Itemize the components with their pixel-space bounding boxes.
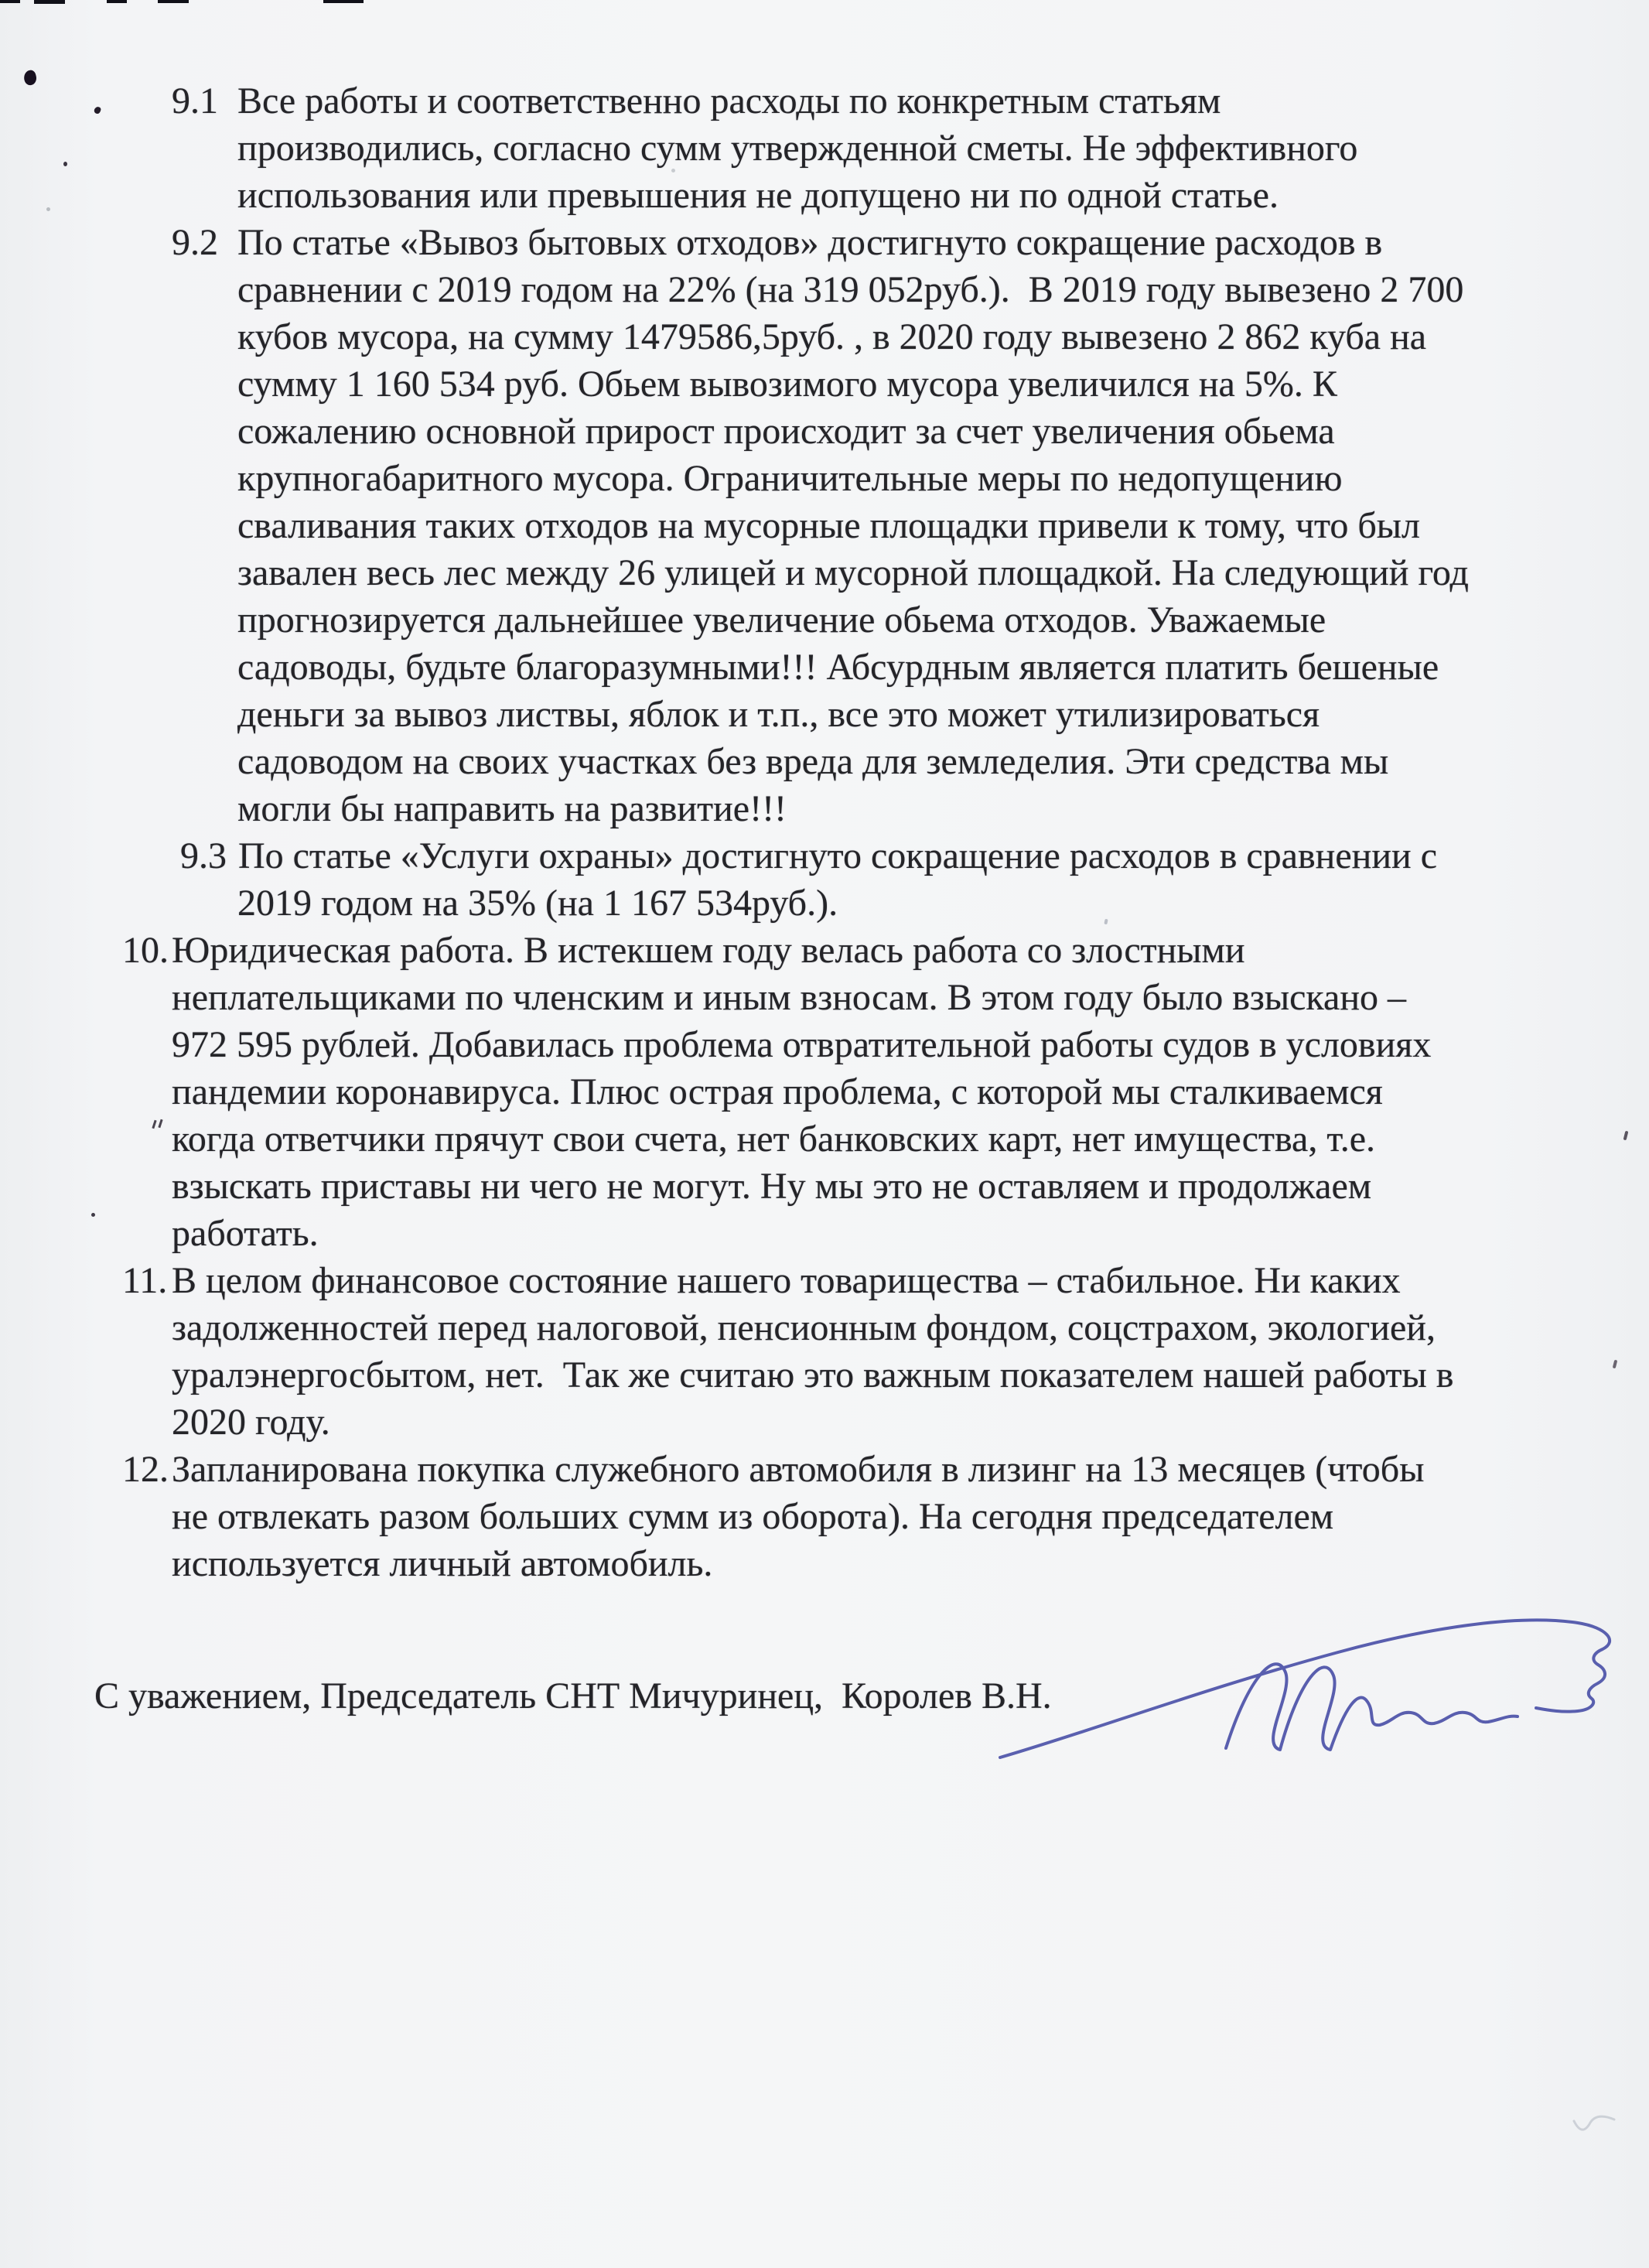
line: прогнозируется дальнейшее увеличение обь… — [0, 596, 1649, 644]
list-item-9-1: 9.1Все работы и соответственно расходы п… — [0, 77, 1649, 125]
line-text: завален весь лес между 26 улицей и мусор… — [237, 552, 1469, 593]
list-item-9-3: 9.3По статье «Услуги охраны» достигнуто … — [0, 832, 1649, 880]
line-text: В целом финансовое состояние нашего това… — [172, 1260, 1401, 1301]
line-text: садоводом на своих участках без вреда дл… — [237, 741, 1388, 782]
item-number: 10. — [122, 927, 172, 974]
line: производились, согласно сумм утвержденно… — [0, 125, 1649, 172]
line: используется личный автомобиль. — [0, 1540, 1649, 1587]
line: кубов мусора, на сумму 1479586,5руб. , в… — [0, 313, 1649, 360]
line-text: сваливания таких отходов на мусорные пло… — [237, 505, 1420, 546]
line-text: использования или превышения не допущено… — [237, 175, 1279, 216]
line-text: Все работы и соответственно расходы по к… — [237, 80, 1221, 121]
line-text: 2019 годом на 35% (на 1 167 534руб.). — [237, 883, 838, 924]
list-item-10: 10.Юридическая работа. В истекшем году в… — [0, 927, 1649, 974]
line-text: По статье «Услуги охраны» достигнуто сок… — [238, 835, 1437, 876]
line: 2019 годом на 35% (на 1 167 534руб.). — [0, 880, 1649, 927]
line-text: когда ответчики прячут свои счета, нет б… — [172, 1119, 1375, 1160]
line-text: садоводы, будьте благоразумными!!! Абсур… — [237, 647, 1439, 688]
list-item-12: 12.Запланирована покупка служебного авто… — [0, 1446, 1649, 1493]
line-text: неплательщиками по членским и иным взнос… — [172, 977, 1406, 1018]
line-text: прогнозируется дальнейшее увеличение обь… — [237, 599, 1326, 640]
list-item-9-2: 9.2По статье «Вывоз бытовых отходов» дос… — [0, 219, 1649, 266]
line: могли бы направить на развитие!!! — [0, 785, 1649, 832]
line: крупногабаритного мусора. Ограничительны… — [0, 455, 1649, 502]
line-text: не отвлекать разом больших сумм из оборо… — [172, 1496, 1333, 1537]
line-text: пандемии коронавируса. Плюс острая пробл… — [172, 1071, 1383, 1112]
line: использования или превышения не допущено… — [0, 172, 1649, 219]
line: деньги за вывоз листвы, яблок и т.п., вс… — [0, 691, 1649, 738]
item-number: 9.2 — [172, 219, 237, 266]
line-text: уралэнергосбытом, нет. Так же считаю это… — [172, 1354, 1453, 1395]
line: завален весь лес между 26 улицей и мусор… — [0, 549, 1649, 596]
line-text: Юридическая работа. В истекшем году вела… — [172, 930, 1245, 971]
line: садоводом на своих участках без вреда дл… — [0, 738, 1649, 785]
line-text: 2020 году. — [172, 1402, 330, 1443]
line: 972 595 рублей. Добавилась проблема отвр… — [0, 1021, 1649, 1068]
line: садоводы, будьте благоразумными!!! Абсур… — [0, 644, 1649, 691]
line-text: деньги за вывоз листвы, яблок и т.п., вс… — [237, 694, 1320, 735]
line: неплательщиками по членским и иным взнос… — [0, 974, 1649, 1021]
line-text: 972 595 рублей. Добавилась проблема отвр… — [172, 1024, 1431, 1065]
line-text: сумму 1 160 534 руб. Обьем вывозимого му… — [237, 364, 1337, 405]
item-number: 12. — [122, 1446, 172, 1493]
line-text: сожалению основной прирост происходит за… — [237, 411, 1335, 452]
line: 2020 году. — [0, 1399, 1649, 1446]
item-number: 9.3 — [180, 832, 238, 880]
line: сожалению основной прирост происходит за… — [0, 408, 1649, 455]
line-text: кубов мусора, на сумму 1479586,5руб. , в… — [237, 316, 1426, 357]
faint-scan-mark — [1570, 2107, 1624, 2141]
line-text: производились, согласно сумм утвержденно… — [237, 128, 1357, 169]
document-body: 9.1Все работы и соответственно расходы п… — [0, 0, 1649, 1720]
line: взыскать приставы ни чего не могут. Ну м… — [0, 1163, 1649, 1210]
line: работать. — [0, 1210, 1649, 1257]
line-text: сравнении с 2019 годом на 22% (на 319 05… — [237, 269, 1463, 310]
line: сумму 1 160 534 руб. Обьем вывозимого му… — [0, 360, 1649, 408]
line: уралэнергосбытом, нет. Так же считаю это… — [0, 1351, 1649, 1399]
line: когда ответчики прячут свои счета, нет б… — [0, 1115, 1649, 1163]
line: сравнении с 2019 годом на 22% (на 319 05… — [0, 266, 1649, 313]
line: сваливания таких отходов на мусорные пло… — [0, 502, 1649, 549]
line-text: могли бы направить на развитие!!! — [237, 788, 787, 829]
handwritten-signature — [975, 1601, 1632, 1779]
line-text: работать. — [172, 1213, 319, 1254]
line: задолженностей перед налоговой, пенсионн… — [0, 1304, 1649, 1351]
line-text: взыскать приставы ни чего не могут. Ну м… — [172, 1166, 1371, 1207]
item-number: 9.1 — [172, 77, 237, 125]
line-text: По статье «Вывоз бытовых отходов» достиг… — [237, 222, 1382, 263]
item-number: 11. — [122, 1257, 172, 1304]
line-text: крупногабаритного мусора. Ограничительны… — [237, 458, 1342, 499]
line-text: Запланирована покупка служебного автомоб… — [172, 1449, 1424, 1490]
line-text: задолженностей перед налоговой, пенсионн… — [172, 1307, 1436, 1348]
line: пандемии коронавируса. Плюс острая пробл… — [0, 1068, 1649, 1115]
list-item-11: 11.В целом финансовое состояние нашего т… — [0, 1257, 1649, 1304]
line: не отвлекать разом больших сумм из оборо… — [0, 1493, 1649, 1540]
line-text: используется личный автомобиль. — [172, 1543, 712, 1584]
